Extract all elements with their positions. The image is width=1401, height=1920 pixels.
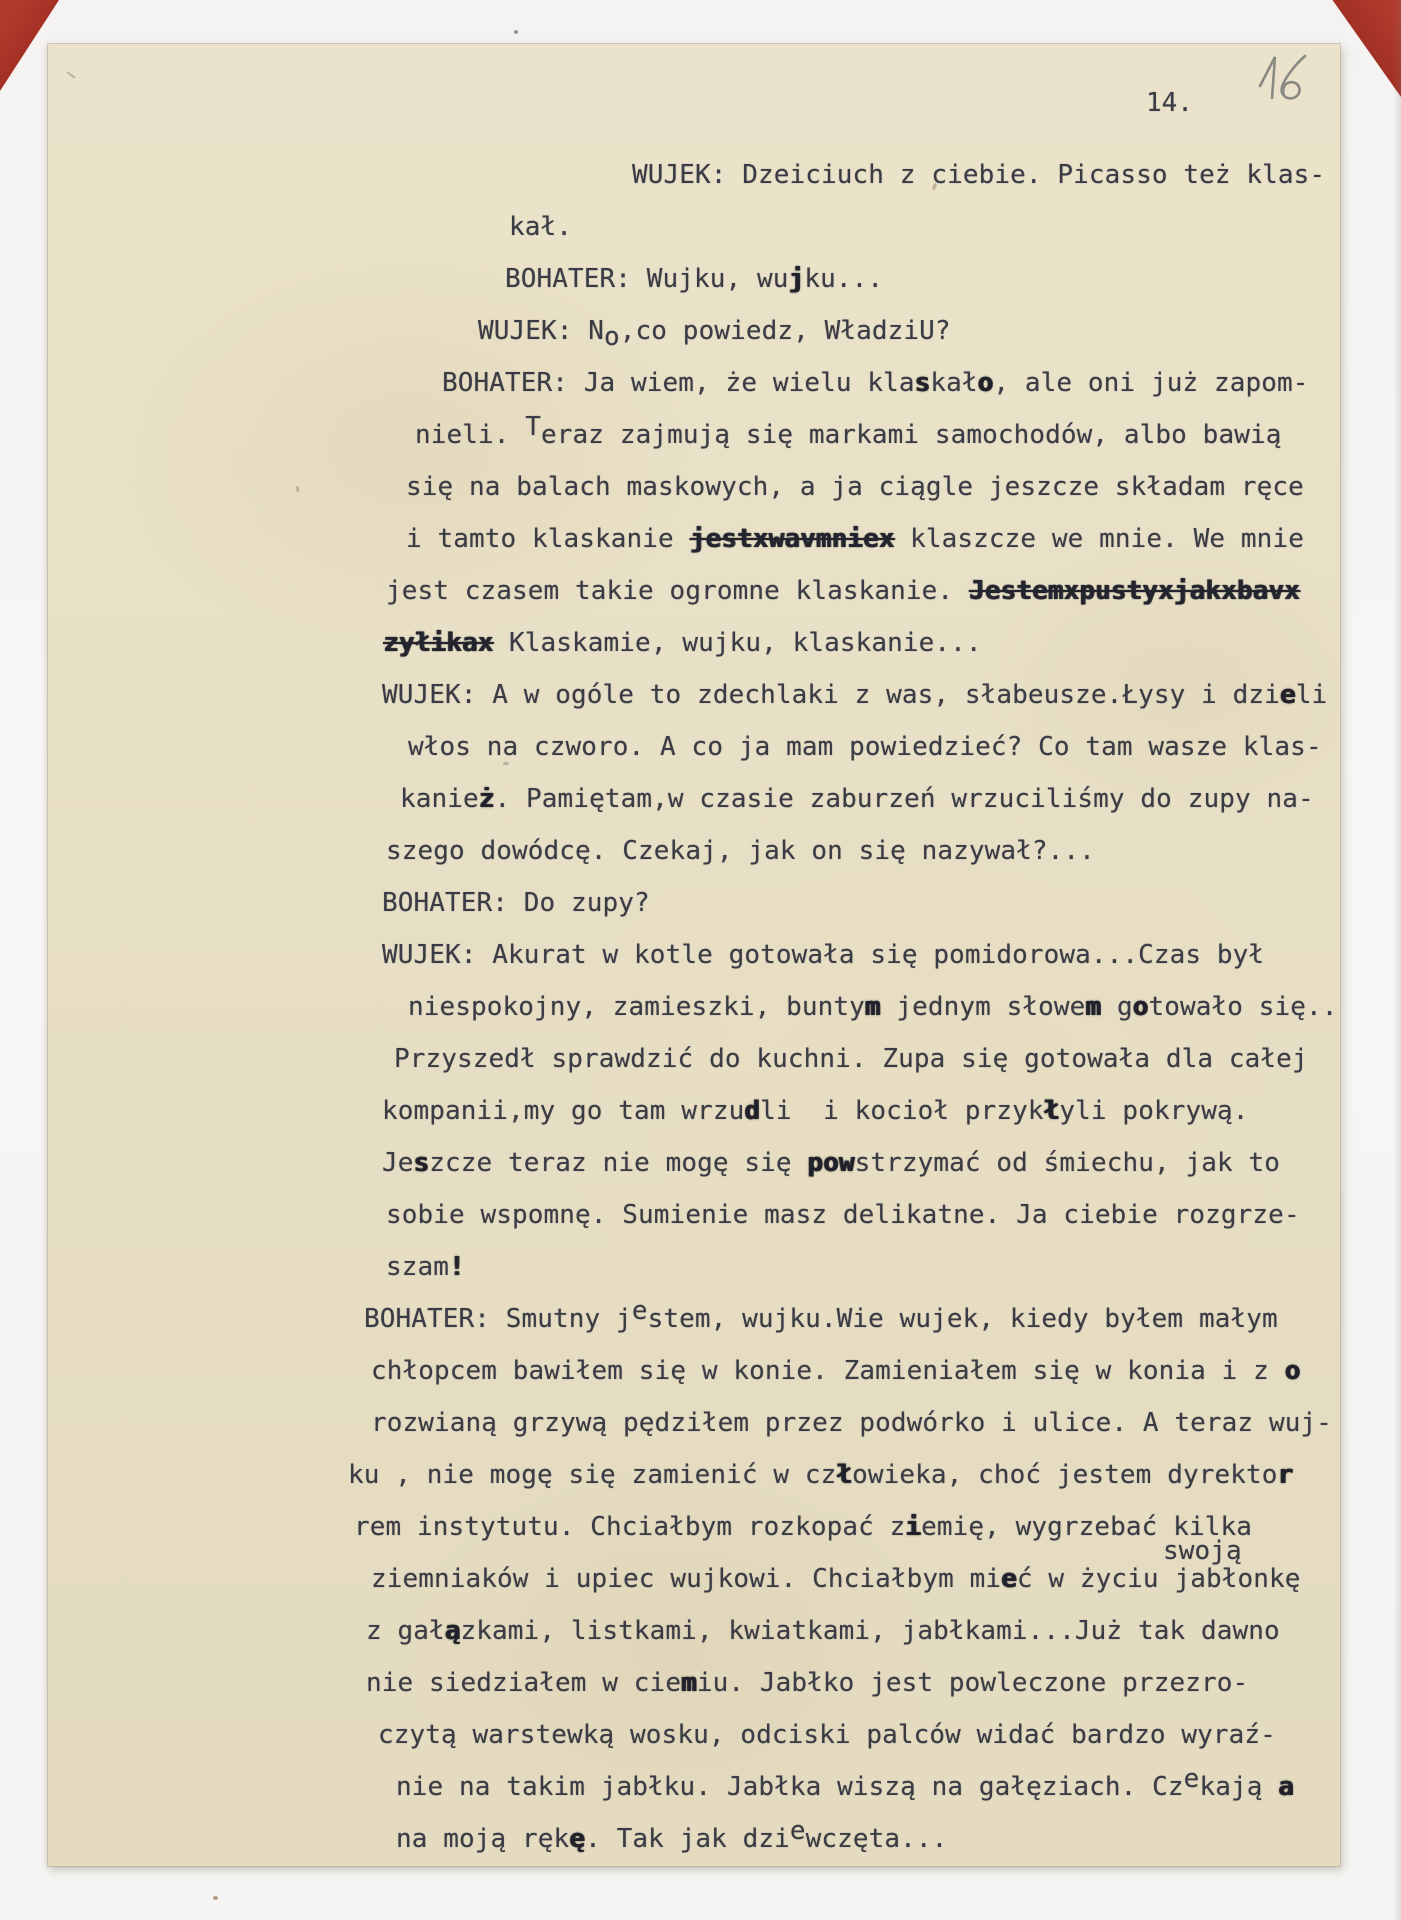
struck-out-text: zyłikax: [383, 628, 493, 658]
typescript-text: szego dowódcę. Czekaj, jak on się nazywa…: [386, 836, 1095, 866]
typescript-text: e: [1280, 680, 1296, 710]
typescript-line: ku , nie mogę się zamienić w człowieka, …: [348, 1460, 1293, 1490]
typescript-text: ku , nie mogę się zamienić w cz: [348, 1460, 836, 1490]
typescript-text: strzymać od śmiechu, jak to: [855, 1148, 1280, 1178]
typescript-text: g: [1101, 992, 1133, 1022]
typescript-line: szam!: [386, 1252, 465, 1282]
typescript-text: o: [978, 368, 994, 398]
typescript-text: ą: [445, 1616, 461, 1646]
typescript-text: BOHATER: Smutny j: [364, 1304, 632, 1334]
scan-background: 14. WUJEK: Dzeiciuch z ciebie. Picasso t…: [0, 0, 1401, 1920]
typescript-line: WUJEK: Akurat w kotle gotowała się pomid…: [382, 940, 1264, 970]
typescript-line: Przyszedł sprawdzić do kuchni. Zupa się …: [394, 1044, 1308, 1074]
typescript-text: a: [1278, 1772, 1294, 1802]
typescript-text: kompanii,my go tam wrzu: [382, 1096, 744, 1126]
typescript-text: pow: [807, 1148, 854, 1178]
typescript-line: kał.: [509, 212, 572, 242]
typescript-text: sobie wspomnę. Sumienie masz delikatne. …: [386, 1200, 1300, 1230]
typescript-text: WUJEK: Dzeiciuch z ciebie. Picasso też k…: [632, 160, 1325, 190]
typescript-text: e: [1184, 1764, 1200, 1794]
typescript-text: jest czasem takie ogromne klaskanie.: [386, 576, 969, 606]
typescript-text: jednym słowe: [881, 992, 1086, 1022]
typescript-text: . Tak jak dzi: [585, 1824, 790, 1854]
typescript-line: kompanii,my go tam wrzudli i kocioł przy…: [382, 1096, 1248, 1126]
typescript-text: szam: [386, 1252, 449, 1282]
typescript-text: li: [1296, 680, 1328, 710]
typescript-text: e: [790, 1816, 806, 1846]
typescript-text: e: [1001, 1564, 1017, 1594]
typescript-line: czytą warstewką wosku, odciski palców wi…: [378, 1720, 1276, 1750]
typescript-text: i tamto klaskanie: [406, 524, 690, 554]
typescript-line: swoją: [1163, 1536, 1242, 1566]
typescript-text: swoją: [1163, 1536, 1242, 1566]
typescript-line: BOHATER: Do zupy?: [382, 888, 650, 918]
typescript-line: włos na czworo. A co ja mam powiedzieć? …: [408, 732, 1322, 762]
typescript-line: jest czasem takie ogromne klaskanie. Jes…: [386, 576, 1300, 606]
typescript-line: zyłikax Klaskamie, wujku, klaskanie...: [383, 628, 982, 658]
typescript-line: WUJEK: No,co powiedz, WładziU?: [478, 316, 951, 346]
typescript-text: eraz zajmują się markami samochodów, alb…: [541, 420, 1281, 450]
typescript-line: nieli. Teraz zajmują się markami samocho…: [415, 420, 1281, 450]
typescript-text: nieli.: [415, 420, 525, 450]
typescript-text: rem instytutu. Chciałbym rozkopać z: [354, 1512, 905, 1542]
typescript-line: WUJEK: A w ogóle to zdechlaki z was, sła…: [382, 680, 1327, 710]
typescript-text: r: [1277, 1460, 1293, 1490]
typescript-text: s: [414, 1148, 430, 1178]
typescript-text: kają: [1199, 1772, 1278, 1802]
typescript-text: nie na takim jabłku. Jabłka wiszą na gał…: [396, 1772, 1184, 1802]
typescript-text: . Pamiętam,w czasie zaburzeń wrzuciliśmy…: [495, 784, 1314, 814]
struck-out-text: Jestemxpustyxjakxbavx: [969, 576, 1300, 606]
typescript-text: włos na czworo. A co ja mam powiedzieć? …: [408, 732, 1322, 762]
typescript-text: niespokojny, zamieszki, bunty: [408, 992, 865, 1022]
typescript-text: zkami, listkami, kwiatkami, jabłkami...J…: [461, 1616, 1280, 1646]
typescript-text: , ale oni już zapom-: [993, 368, 1308, 398]
typescript-line: kanież. Pamiętam,w czasie zaburzeń wrzuc…: [400, 784, 1314, 814]
typescript-line: nie na takim jabłku. Jabłka wiszą na gał…: [396, 1772, 1294, 1802]
typescript-text: się na balach maskowych, a ja ciągle jes…: [406, 472, 1304, 502]
typescript-text: wczęta...: [806, 1824, 948, 1854]
typescript-text: o: [1285, 1356, 1301, 1386]
typescript-text: !: [449, 1252, 465, 1282]
typescript-text: WUJEK: Akurat w kotle gotowała się pomid…: [382, 940, 1264, 970]
typescript-line: i tamto klaskanie jestxwavmniex klaszcze…: [406, 524, 1304, 554]
typescript-text: chłopcem bawiłem się w konie. Zamieniałe…: [371, 1356, 1285, 1386]
typescript-text: i: [905, 1512, 921, 1542]
typescript-text: li i kocioł przyk: [760, 1096, 1044, 1126]
typescript-text: T: [525, 412, 541, 442]
typescript-text: owieka, choć jestem dyrekto: [852, 1460, 1277, 1490]
typescript-text: iu. Jabłko jest powleczone przezro-: [697, 1668, 1248, 1698]
typescript-text: yli pokrywą.: [1059, 1096, 1248, 1126]
typescript-text: towało się..: [1148, 992, 1337, 1022]
typescript-line: WUJEK: Dzeiciuch z ciebie. Picasso też k…: [632, 160, 1325, 190]
typescript-line: chłopcem bawiłem się w konie. Zamieniałe…: [371, 1356, 1300, 1386]
typescript-line: się na balach maskowych, a ja ciągle jes…: [406, 472, 1304, 502]
typescript-text: Przyszedł sprawdzić do kuchni. Zupa się …: [394, 1044, 1308, 1074]
typescript-text: m: [1085, 992, 1101, 1022]
typescript-text: Je: [382, 1148, 414, 1178]
typescript-text: czytą warstewką wosku, odciski palców wi…: [378, 1720, 1276, 1750]
typescript-text: m: [865, 992, 881, 1022]
typescript-text: WUJEK: N: [478, 316, 604, 346]
typescript-text: ku...: [804, 264, 883, 294]
typescript-text: WUJEK: A w ogóle to zdechlaki z was, sła…: [382, 680, 1280, 710]
typescript-text: j: [789, 264, 805, 294]
typescript-text: Klaskamie, wujku, klaskanie...: [493, 628, 981, 658]
typescript-text: kanie: [400, 784, 479, 814]
typescript-text: nie siedziałem w cie: [366, 1668, 681, 1698]
typescript-text: BOHATER: Wujku, wu: [505, 264, 789, 294]
typescript-text-block: WUJEK: Dzeiciuch z ciebie. Picasso też k…: [0, 0, 1401, 1920]
typescript-text: ziemniaków i upiec wujkowi. Chciałbym mi: [371, 1564, 1001, 1594]
typescript-text: z gał: [366, 1616, 445, 1646]
typescript-line: BOHATER: Smutny jestem, wujku.Wie wujek,…: [364, 1304, 1278, 1334]
typescript-text: e: [632, 1296, 648, 1326]
typescript-line: niespokojny, zamieszki, buntym jednym sł…: [408, 992, 1338, 1022]
typescript-text: ł: [1044, 1096, 1060, 1126]
typescript-line: nie siedziałem w ciemiu. Jabłko jest pow…: [366, 1668, 1248, 1698]
typescript-line: z gałązkami, listkami, kwiatkami, jabłka…: [366, 1616, 1280, 1646]
typescript-text: ,co powiedz, WładziU?: [620, 316, 951, 346]
typescript-text: ć w życiu jabłonkę: [1017, 1564, 1301, 1594]
typescript-text: d: [744, 1096, 760, 1126]
struck-out-text: jestxwavmniex: [690, 524, 895, 554]
typescript-line: sobie wspomnę. Sumienie masz delikatne. …: [386, 1200, 1300, 1230]
typescript-line: rem instytutu. Chciałbym rozkopać ziemię…: [354, 1512, 1252, 1542]
typescript-line: rozwianą grzywą pędziłem przez podwórko …: [371, 1408, 1332, 1438]
typescript-text: na moją ręk: [396, 1824, 569, 1854]
typescript-line: na moją rękę. Tak jak dziewczęta...: [396, 1824, 947, 1854]
typescript-text: ł: [836, 1460, 852, 1490]
typescript-text: s: [915, 368, 931, 398]
typescript-text: m: [681, 1668, 697, 1698]
typescript-text: zcze teraz nie mogę się: [429, 1148, 807, 1178]
typescript-text: kał: [930, 368, 977, 398]
typescript-text: o: [604, 322, 620, 352]
typescript-text: klaszcze we mnie. We mnie: [894, 524, 1304, 554]
typescript-line: BOHATER: Ja wiem, że wielu klaskało, ale…: [442, 368, 1308, 398]
typescript-text: kał.: [509, 212, 572, 242]
typescript-text: BOHATER: Ja wiem, że wielu kla: [442, 368, 915, 398]
typescript-line: szego dowódcę. Czekaj, jak on się nazywa…: [386, 836, 1095, 866]
typescript-text: ę: [569, 1824, 585, 1854]
typescript-line: Jeszcze teraz nie mogę się powstrzymać o…: [382, 1148, 1280, 1178]
typescript-line: ziemniaków i upiec wujkowi. Chciałbym mi…: [371, 1564, 1300, 1594]
typescript-text: ż: [479, 784, 495, 814]
typescript-text: BOHATER: Do zupy?: [382, 888, 650, 918]
typescript-text: rozwianą grzywą pędziłem przez podwórko …: [371, 1408, 1332, 1438]
typescript-text: stem, wujku.Wie wujek, kiedy byłem małym: [648, 1304, 1278, 1334]
typescript-line: BOHATER: Wujku, wujku...: [505, 264, 883, 294]
typescript-text: o: [1133, 992, 1149, 1022]
